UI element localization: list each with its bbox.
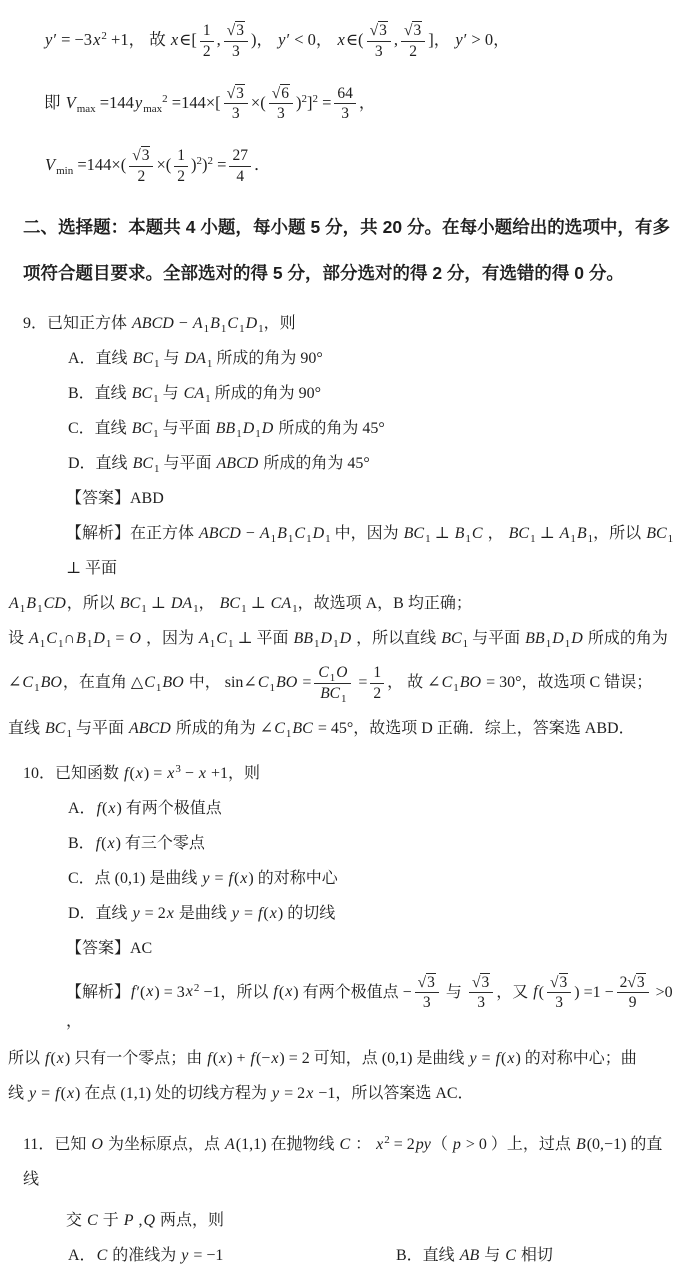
- fraction: 643: [334, 85, 356, 124]
- question-11-stem-line-2: 交 C 于 P ,Q 两点，则: [8, 1203, 674, 1238]
- sqrt-radical: √3: [627, 973, 645, 991]
- solution8-line-2: 即 Vmax =144ymax2 =144×[√33×(√63)2]2 =643…: [8, 77, 674, 132]
- fraction: √33: [367, 22, 391, 61]
- question-10-answer: 【答案】AC: [8, 931, 674, 966]
- question-10-analysis-line-3: 线 y = f(x) 在点 (1,1) 处的切线方程为 y = 2x −1，所以…: [8, 1076, 674, 1111]
- question-9-analysis-line-1: 【解析】在正方体 ABCD − A1B1C1D1 中，因为 BC1 ⊥ B1C …: [8, 516, 674, 586]
- sqrt-radical: √3: [227, 21, 245, 39]
- question-10-analysis-line-1: 【解析】f′(x) = 3x2 −1，所以 f(x) 有两个极值点 −√33 与…: [8, 966, 674, 1041]
- question-11-option-a: A．C 的准线为 y = −1: [8, 1238, 396, 1273]
- sqrt-radical: √3: [472, 973, 490, 991]
- question-9-analysis-line-4: ∠C1BO，在直角 △C1BO 中， sin∠C1BO =C1OBC1 =12，…: [8, 656, 674, 711]
- sqrt-radical: √3: [404, 21, 422, 39]
- question-10-option-b: B．f(x) 有三个零点: [8, 826, 674, 861]
- sqrt-radical: √3: [370, 21, 388, 39]
- fraction: √33: [547, 974, 571, 1013]
- question-9-option-a: A．直线 BC1 与 DA1 所成的角为 90°: [8, 341, 674, 376]
- question-10-option-c: C．点 (0,1) 是曲线 y = f(x) 的对称中心: [8, 861, 674, 896]
- fraction: C1OBC1: [314, 664, 351, 703]
- question-10: 10．已知函数 f(x) = x3 − x +1，则 A．f(x) 有两个极值点…: [8, 756, 674, 1111]
- fraction: 12: [174, 147, 188, 186]
- fraction: √32: [401, 22, 425, 61]
- question-10-analysis-line-2: 所以 f(x) 只有一个零点；由 f(x) + f(−x) = 2 可知，点 (…: [8, 1041, 674, 1076]
- fraction: 12: [370, 664, 384, 703]
- fraction: √33: [224, 85, 248, 124]
- question-9-option-d: D．直线 BC1 与平面 ABCD 所成的角为 45°: [8, 446, 674, 481]
- fraction: √32: [129, 147, 153, 186]
- question-10-stem: 10．已知函数 f(x) = x3 − x +1，则: [8, 756, 674, 791]
- fraction: √33: [415, 974, 439, 1013]
- sqrt-radical: √6: [272, 84, 290, 102]
- question-9-analysis-line-2: A1B1CD，所以 BC1 ⊥ DA1， BC1 ⊥ CA1，故选项 A，B 均…: [8, 586, 674, 621]
- question-11: 11．已知 O 为坐标原点，点 A(1,1) 在抛物线 C ： x2 = 2py…: [8, 1127, 674, 1273]
- question-11-stem-line-1: 11．已知 O 为坐标原点，点 A(1,1) 在抛物线 C ： x2 = 2py…: [8, 1127, 674, 1197]
- question-10-option-d: D．直线 y = 2x 是曲线 y = f(x) 的切线: [8, 896, 674, 931]
- question-11-option-b: B．直线 AB 与 C 相切: [396, 1238, 674, 1273]
- question-9-analysis-line-5: 直线 BC1 与平面 ABCD 所成的角为 ∠C1BC = 45°，故选项 D …: [8, 711, 674, 746]
- question-9: 9．已知正方体 ABCD − A1B1C1D1，则 A．直线 BC1 与 DA1…: [8, 306, 674, 746]
- question-9-option-c: C．直线 BC1 与平面 BB1D1D 所成的角为 45°: [8, 411, 674, 446]
- document-page: y′ = −3x2 +1， 故 x∈[12,√33)， y′ < 0， x∈(√…: [0, 0, 682, 1273]
- sqrt-radical: √3: [132, 146, 150, 164]
- fraction: √63: [269, 85, 293, 124]
- fraction: 12: [200, 22, 214, 61]
- question-9-stem: 9．已知正方体 ABCD − A1B1C1D1，则: [8, 306, 674, 341]
- question-10-option-a: A．f(x) 有两个极值点: [8, 791, 674, 826]
- sqrt-radical: √3: [550, 973, 568, 991]
- fraction: √33: [469, 974, 493, 1013]
- sqrt-radical: √3: [418, 973, 436, 991]
- fraction: 2√39: [617, 974, 649, 1013]
- solution8-line-1: y′ = −3x2 +1， 故 x∈[12,√33)， y′ < 0， x∈(√…: [8, 14, 674, 69]
- question-11-option-row: A．C 的准线为 y = −1 B．直线 AB 与 C 相切: [8, 1238, 674, 1273]
- sqrt-radical: √3: [227, 84, 245, 102]
- question-9-option-b: B．直线 BC1 与 CA1 所成的角为 90°: [8, 376, 674, 411]
- solution8-line-3: Vmin =144×(√32×(12)2)2 =274．: [8, 139, 674, 194]
- section-heading: 二、选择题：本题共 4 小题，每小题 5 分，共 20 分。在每小题给出的选项中…: [8, 204, 674, 296]
- question-9-answer: 【答案】ABD: [8, 481, 674, 516]
- fraction: √33: [224, 22, 248, 61]
- fraction: 274: [229, 147, 251, 186]
- question-9-analysis-line-3: 设 A1C1∩B1D1 = O ，因为 A1C1 ⊥ 平面 BB1D1D ，所以…: [8, 621, 674, 656]
